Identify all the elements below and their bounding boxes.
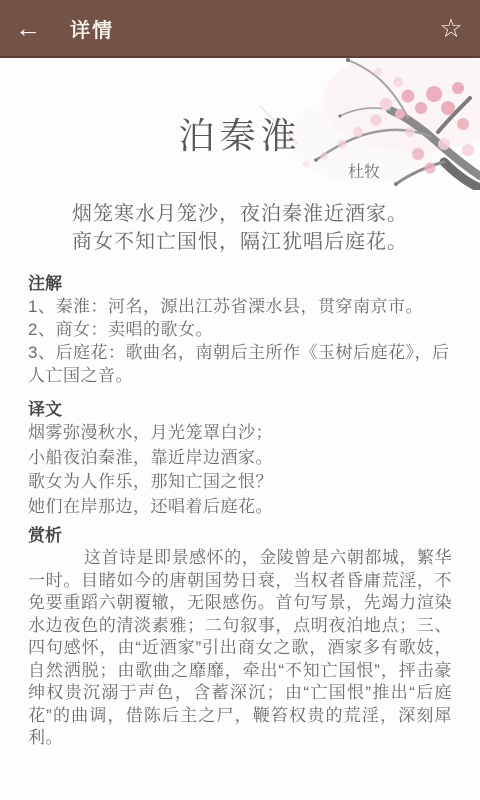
translation-line: 烟雾弥漫秋水，月光笼罩白沙； [28,421,452,446]
translation-heading: 译文 [28,398,452,421]
annotation-item: 2、商女：卖唱的歌女。 [28,318,452,341]
sections-block: 注解 1、秦淮：河名，源出江苏省溧水县，贯穿南京市。 2、商女：卖唱的歌女。 3… [0,272,480,750]
poem-line: 烟笼寒水月笼沙，夜泊秦淮近酒家。 [0,200,480,228]
poem-detail-screen: ← 详情 ☆ [0,0,480,800]
poem-title: 泊秦淮 [0,114,480,158]
appreciation-heading: 赏析 [28,524,452,547]
annotation-heading: 注解 [28,272,452,295]
annotation-item: 1、秦淮：河名，源出江苏省溧水县，贯穿南京市。 [28,295,452,318]
poem-body: 烟笼寒水月笼沙，夜泊秦淮近酒家。 商女不知亡国恨，隔江犹唱后庭花。 [0,200,480,256]
back-icon[interactable]: ← [0,0,56,56]
translation-list: 烟雾弥漫秋水，月光笼罩白沙； 小船夜泊秦淮，靠近岸边酒家。 歌女为人作乐，那知亡… [28,421,452,519]
poem-author: 杜牧 [0,162,480,184]
poem-detail-content: 泊秦淮 杜牧 烟笼寒水月笼沙，夜泊秦淮近酒家。 商女不知亡国恨，隔江犹唱后庭花。… [0,58,480,800]
page-title: 详情 [70,14,422,43]
translation-line: 小船夜泊秦淮，靠近岸边酒家。 [28,446,452,471]
translation-line: 她们在岸那边，还唱着后庭花。 [28,495,452,520]
translation-line: 歌女为人作乐，那知亡国之恨？ [28,470,452,495]
appreciation-paragraph: 这首诗是即景感怀的，金陵曾是六朝都城，繁华一时。目睹如今的唐朝国势日衰，当权者昏… [28,547,452,750]
favorite-star-icon[interactable]: ☆ [422,0,480,56]
annotation-item: 3、后庭花：歌曲名，南朝后主所作《玉树后庭花》，后人亡国之音。 [28,341,452,387]
app-bar: ← 详情 ☆ [0,0,480,58]
poem-line: 商女不知亡国恨，隔江犹唱后庭花。 [0,228,480,256]
annotation-list: 1、秦淮：河名，源出江苏省溧水县，贯穿南京市。 2、商女：卖唱的歌女。 3、后庭… [28,295,452,387]
